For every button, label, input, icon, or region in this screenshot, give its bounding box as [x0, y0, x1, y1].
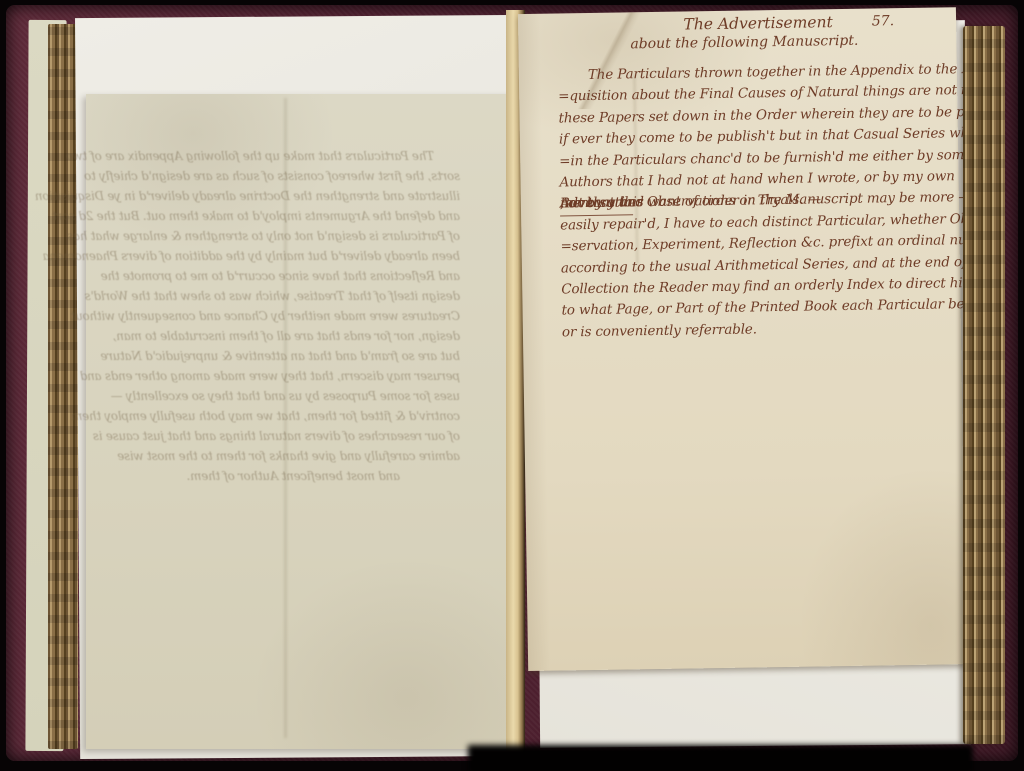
- bleed-line: Creatures were made neither by Chance an…: [100, 306, 460, 326]
- bleed-line: design, nor for ends that are all of the…: [100, 326, 460, 346]
- bleed-line: and Reflections that have since occurr'd…: [100, 266, 460, 286]
- bleed-line: been already deliver'd but mainly by the…: [100, 246, 460, 266]
- bleed-line: peruser may discern, that they were made…: [100, 366, 460, 386]
- manuscript-line-segment: , or by other Observations or Tryals. —: [560, 190, 821, 216]
- right-fore-edge: [963, 26, 1005, 744]
- left-page-bleedthrough-text: The Particulars that make up the followi…: [100, 146, 460, 486]
- bleed-line: of our researches of divers natural thin…: [100, 426, 460, 446]
- page-title: The Advertisement about the following Ma…: [518, 10, 957, 56]
- bleed-line: and most beneficent Author of them.: [100, 466, 460, 486]
- bleed-line: of Particulars is design'd not only to s…: [100, 226, 460, 246]
- bleed-line: The Particulars that make up the followi…: [100, 146, 460, 166]
- left-page: The Particulars that make up the followi…: [86, 94, 514, 749]
- bleed-line: contriv'd & fitted for them, that we may…: [100, 406, 460, 426]
- page-bottom-shadow: [468, 745, 973, 771]
- left-fore-edge: [48, 24, 78, 749]
- bleed-line: but are so fram'd and that an attentive …: [100, 346, 460, 366]
- manuscript-book-photo: The Particulars that make up the followi…: [0, 0, 1024, 771]
- bleed-line: and defend the Arguments imploy'd to mak…: [100, 206, 460, 226]
- bleed-line: admire carefully and give thanks for the…: [100, 446, 460, 466]
- bleed-line: uses for some Purposes by us and that th…: [100, 386, 460, 406]
- manuscript-body: The Particulars thrown together in the A…: [558, 59, 957, 343]
- bleed-line: sorts, the first whereof consists of suc…: [100, 166, 460, 186]
- bleed-line: illustrate and strengthen the Doctrine a…: [100, 186, 460, 206]
- right-page: 57. The Advertisement about the followin…: [518, 7, 966, 671]
- bleed-line: design itself of that Treatise, which wa…: [100, 286, 460, 306]
